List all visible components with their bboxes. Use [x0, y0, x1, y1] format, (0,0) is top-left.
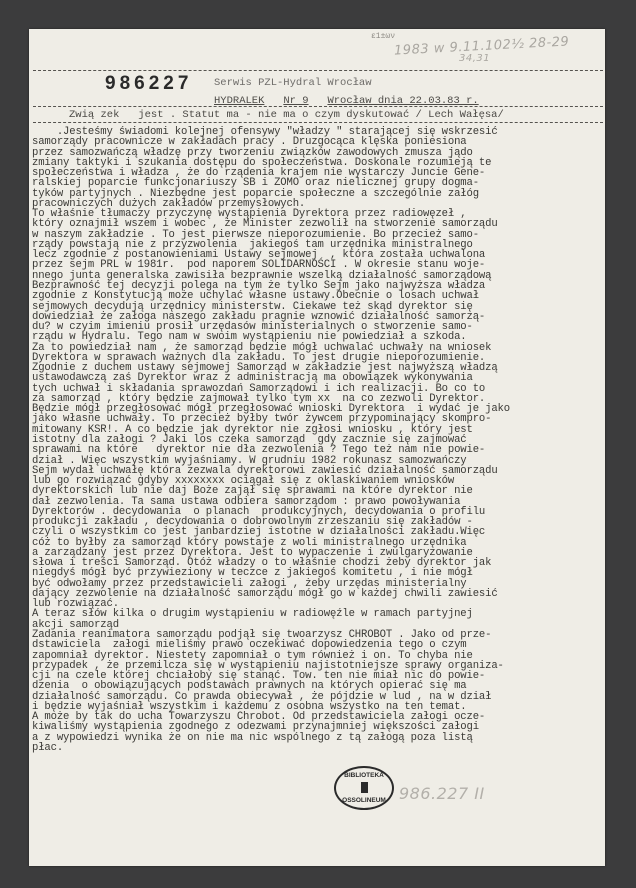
company-name: Serwis PZL-Hydral Wrocław [214, 77, 372, 89]
stamp-bottom-text: OSSOLINEUM [336, 797, 392, 804]
stamp-logo-icon [361, 782, 368, 793]
body-text: .Jesteśmy świadomi kolejnej ofensywy "wł… [32, 127, 602, 753]
text-line: zgodnie z Konstytucją może uchylać własn… [32, 291, 602, 301]
divider-dashed [33, 122, 603, 123]
text-line: a z wypowiedzi wynika że on nie ma nic w… [32, 733, 602, 743]
archive-pencil-note-2: 34,31 [459, 53, 490, 64]
shelf-mark-pencil: 986.227 II [399, 784, 485, 803]
text-line: płac. [32, 743, 602, 753]
library-stamp: BIBLIOTEKA OSSOLINEUM [334, 766, 394, 810]
stamp-top-text: BIBLIOTEKA [336, 772, 392, 779]
text-line: samorządy pracownicze w zakładach pracy … [32, 137, 602, 147]
document-page: ε1±ων 1983 w 9.11.102½ 28-29 34,31 98622… [29, 29, 605, 866]
text-line: dstawiciela załogi mieliśmy prawo oczeki… [32, 640, 602, 650]
divider-dashed [33, 70, 603, 71]
divider-dashed [33, 106, 603, 107]
text-line: sprawami na które dyrektor nie dła zezwo… [32, 445, 602, 455]
pencil-scribble: ε1±ων [371, 32, 395, 41]
motto: Zwią zek jest . Statut ma - nie ma o czy… [69, 109, 504, 121]
registration-number: 986227 [105, 73, 192, 95]
